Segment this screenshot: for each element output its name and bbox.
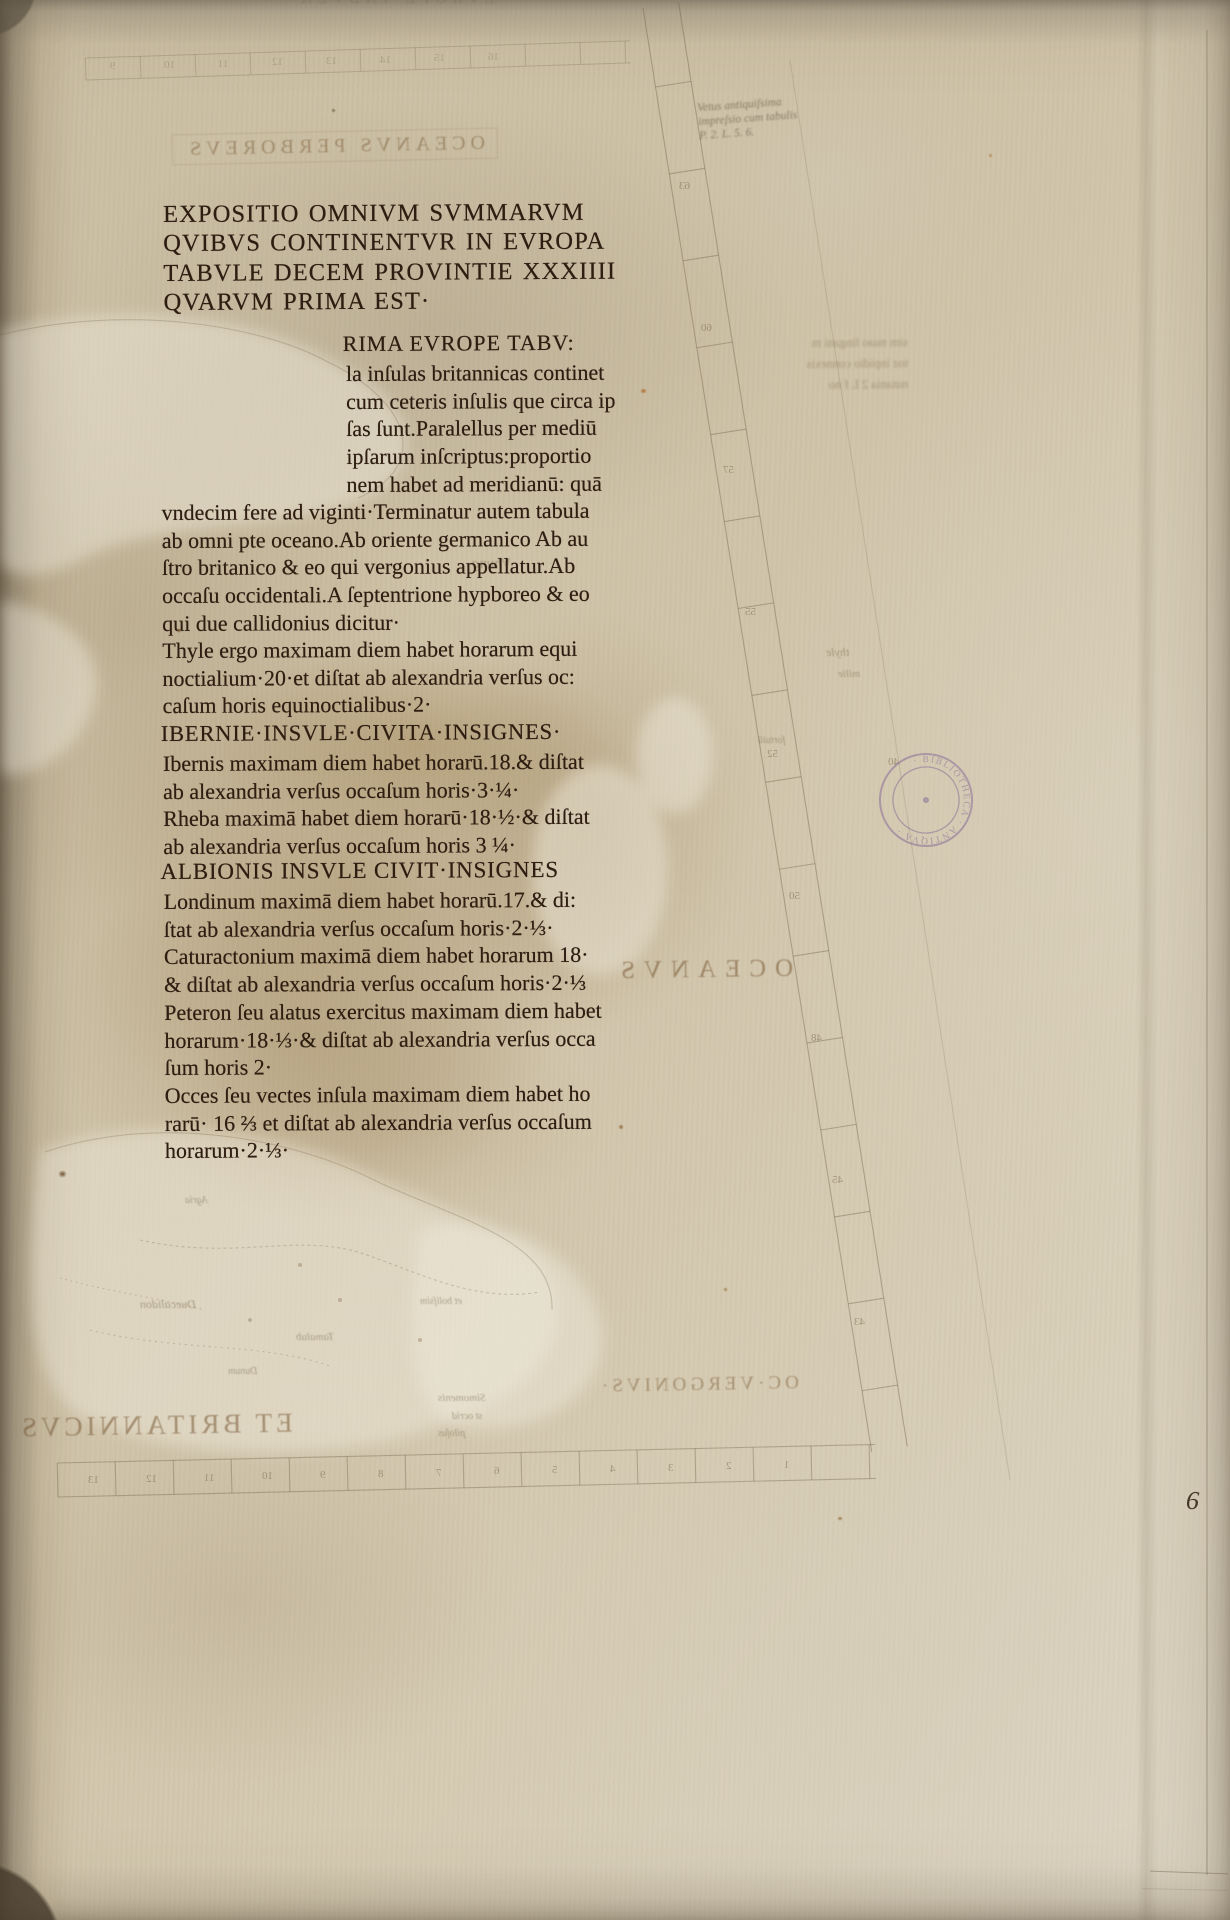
foxing-speck [640, 388, 647, 394]
body-line: vndecim fere ad viginti·Terminatur autem… [162, 497, 590, 527]
opening-capitals-line: RIMA EVROPE TABV: [343, 330, 575, 357]
body-line: ab omni pte oceano.Ab oriente germanico … [162, 524, 590, 554]
page-fore-edge [1206, 30, 1208, 1875]
opening-full-lines: vndecim fere ad viginti·Terminatur autem… [162, 497, 591, 638]
body-line: ipſarum inſcriptus:proportio [346, 442, 616, 471]
title-line: EXPOSITIO OMNIVM SVMMARVM [163, 198, 616, 230]
foxing-speck [618, 1124, 624, 1130]
body-line: Rheba maximā habet diem horarū·18·½·& di… [163, 803, 590, 833]
body-line: caſum horis equinoctialibus·2· [163, 690, 578, 720]
albionis-paragraph: Londinum maximā diem habet horarū.17.& d… [164, 886, 602, 1082]
occes-paragraph: Occes ſeu vectes inſula maximam diem hab… [165, 1080, 592, 1165]
body-line: ſtat ab alexandria verſus occaſum horis·… [164, 913, 602, 943]
body-line: Occes ſeu vectes inſula maximam diem hab… [165, 1080, 592, 1110]
opening-indented-lines: la inſulas britannicas continet cum cete… [346, 359, 616, 499]
body-line: Caturactonium maximā diem habet horarum … [164, 941, 602, 971]
body-line: qui due callidonius dicitur· [162, 608, 590, 638]
foxing-speck [723, 1287, 728, 1292]
body-line: ab alexandria verſus occaſum horis·3·¼· [163, 775, 590, 805]
foxing-speck [331, 108, 336, 113]
title-line: QVARVM PRIMA EST· [163, 286, 616, 318]
ibernie-heading: IBERNIE·INSVLE·CIVITA·INSIGNES· [161, 719, 562, 747]
chapter-title: EXPOSITIO OMNIVM SVMMARVM QVIBVS CONTINE… [163, 198, 616, 318]
body-line: cum ceteris inſulis que circa ip [346, 386, 616, 415]
body-line: rarū· 16 ⅔ et diſtat ab alexandria verſu… [165, 1107, 592, 1137]
body-line: ſum horis 2· [164, 1052, 602, 1082]
albionis-heading: ALBIONIS INSVLE CIVIT·INSIGNES [160, 857, 558, 885]
body-line: Thyle ergo maximam diem habet horarum eq… [162, 635, 577, 665]
body-line: occaſu occidentali.A ſeptentrione hypbor… [162, 580, 590, 610]
body-line: horarum·18·⅓·& diſtat ab alexandria verſ… [164, 1024, 602, 1054]
body-line: nem habet ad meridianū: quā [346, 469, 616, 498]
body-line: & diſtat ab alexandria verſus occaſum ho… [164, 969, 602, 999]
body-line: Peteron ſeu alatus exercitus maximam die… [164, 997, 602, 1027]
foxing-speck [58, 1170, 67, 1178]
foxing-speck [988, 153, 993, 158]
foxing-speck [176, 628, 182, 633]
title-line: TABVLE DECEM PROVINTIE XXXIIII [163, 256, 616, 288]
body-line: ſtro britanico & eo qui vergonius appell… [162, 552, 590, 582]
body-line: ſas ſunt.Paralellus per mediū [346, 414, 616, 443]
thyle-paragraph: Thyle ergo maximam diem habet horarum eq… [162, 635, 577, 720]
body-line: noctialium·20·et diſtat ab alexandria ve… [162, 663, 577, 693]
manuscript-page: EVROPE TABVLA OCEANVS PERBOREVS OCEANVS … [0, 0, 1230, 1920]
foxing-speck [837, 1516, 843, 1521]
body-line: horarum·2·⅓· [165, 1135, 592, 1165]
ibernie-paragraph: Ibernis maximam diem habet horarū.18.& d… [163, 748, 590, 861]
body-line: Ibernis maximam diem habet horarū.18.& d… [163, 748, 590, 778]
body-line: Londinum maximā diem habet horarū.17.& d… [164, 886, 602, 916]
title-line: QVIBVS CONTINENTVR IN EVROPA [163, 227, 616, 259]
printed-text-block: EXPOSITIO OMNIVM SVMMARVM QVIBVS CONTINE… [0, 0, 1230, 1920]
body-line: la inſulas britannicas continet [346, 359, 616, 388]
